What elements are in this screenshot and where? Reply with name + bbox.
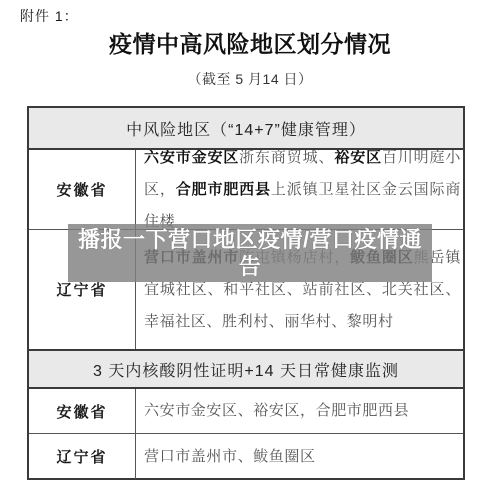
province-cell: 辽宁省 — [29, 434, 136, 479]
province-cell: 安徽省 — [29, 389, 136, 433]
table-row: 安徽省 六安市金安区浙东商贸城、裕安区百川明庭小区，合肥市肥西县上派镇卫星社区金… — [29, 150, 463, 229]
section-header-medium-risk: 中风险地区（“14+7”健康管理） — [29, 108, 463, 150]
page-title: 疫情中高风险地区划分情况 — [0, 26, 500, 59]
attachment-label: 附件 1： — [20, 6, 79, 26]
page-subtitle: （截至 5 月14 日） — [0, 69, 500, 89]
province-cell: 安徽省 — [29, 150, 136, 229]
region-text: 六安市金安区浙东商贸城、裕安区百川明庭小区，合肥市肥西县上派镇卫星社区金云国际商… — [144, 150, 461, 229]
region-text: 六安市金安区、裕安区，合肥市肥西县 — [144, 395, 461, 427]
region-cell: 六安市金安区浙东商贸城、裕安区百川明庭小区，合肥市肥西县上派镇卫星社区金云国际商… — [136, 150, 463, 229]
risk-area-table: 中风险地区（“14+7”健康管理） 安徽省 六安市金安区浙东商贸城、裕安区百川明… — [27, 106, 465, 480]
document-page: 附件 1： 疫情中高风险地区划分情况 （截至 5 月14 日） 中风险地区（“1… — [0, 0, 500, 502]
region-cell: 六安市金安区、裕安区，合肥市肥西县 — [136, 389, 463, 433]
caption-overlay: 播报一下营口地区疫情/营口疫情通告 — [68, 224, 432, 282]
section-header-nucleic-acid: 3 天内核酸阴性证明+14 天日常健康监测 — [29, 349, 463, 389]
region-text: 营口市盖州市、鲅鱼圈区 — [144, 441, 461, 473]
region-cell: 营口市盖州市、鲅鱼圈区 — [136, 434, 463, 479]
table-row: 辽宁省 营口市盖州市、鲅鱼圈区 — [29, 433, 463, 479]
table-row: 安徽省 六安市金安区、裕安区，合肥市肥西县 — [29, 389, 463, 433]
